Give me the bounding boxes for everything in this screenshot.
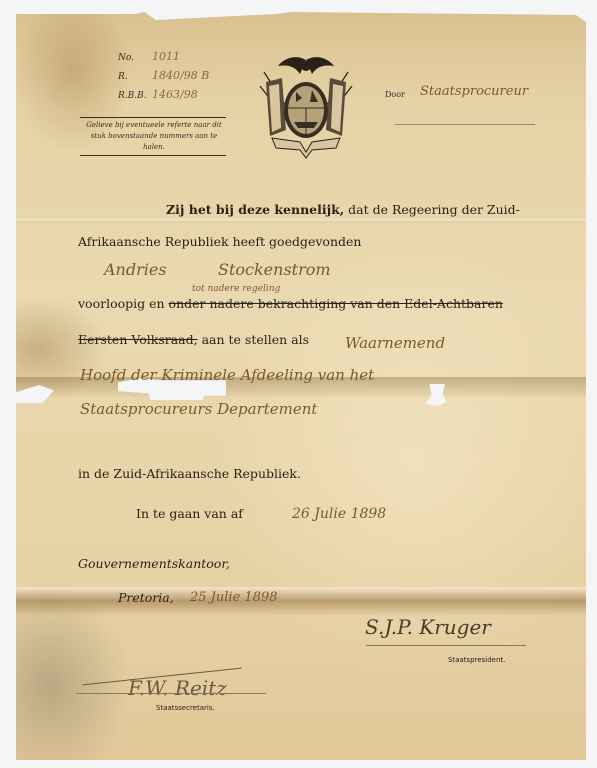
body-line-2: Afrikaansche Republiek heeft goedgevonde… xyxy=(78,234,361,249)
paper-fold xyxy=(16,587,586,615)
reference-note: Gelieve bij eventueele referte naar dit … xyxy=(84,120,224,153)
ref-r: R.1840/98 B xyxy=(118,67,209,86)
superscript-insert: tot nadere regeling xyxy=(192,284,280,294)
secretary-signature-line xyxy=(76,693,266,694)
secretary-title: Staatssecretaris. xyxy=(156,704,215,712)
position-line-3: Staatsprocureurs Departement xyxy=(80,400,317,418)
addressee-line xyxy=(395,124,535,125)
divider xyxy=(80,117,226,118)
position-line-2: Hoofd der Kriminele Afdeeling van het xyxy=(80,366,374,384)
position-line-1: Waarnemend xyxy=(345,334,445,352)
president-title: Staatspresident. xyxy=(448,656,505,664)
body-line-3: voorloopig en onder nadere bekrachtiging… xyxy=(78,296,503,311)
secretary-signature: F.W. Reitz xyxy=(128,676,227,700)
appointee-first-name: Andries xyxy=(104,260,167,279)
place-label: Pretoria, xyxy=(118,590,174,605)
coat-of-arms-icon xyxy=(256,52,356,160)
reference-numbers: No.1011 R.1840/98 B R.B.B.1463/98 xyxy=(118,48,209,105)
president-signature: S.J.P. Kruger xyxy=(365,615,491,639)
ref-no: No.1011 xyxy=(118,48,209,67)
body-line-4: Eersten Volksraad, aan te stellen als xyxy=(78,332,309,347)
body-line-republic: in de Zuid-Afrikaansche Republiek. xyxy=(78,466,301,481)
office-label: Gouvernementskantoor, xyxy=(78,556,230,571)
appointee-last-name: Stockenstrom xyxy=(218,260,331,279)
ref-rbb: R.B.B.1463/98 xyxy=(118,86,209,105)
addressee-label: Door xyxy=(385,90,405,99)
effective-label: In te gaan van af xyxy=(136,506,243,521)
body-line-1: Zij het bij deze kennelijk, dat de Regee… xyxy=(166,202,520,217)
effective-date: 26 Julie 1898 xyxy=(292,506,386,522)
president-signature-line xyxy=(366,645,526,646)
place-date: 25 Julie 1898 xyxy=(190,590,277,605)
addressee-value: Staatsprocureur xyxy=(420,84,528,99)
divider xyxy=(80,155,226,156)
paper-fold xyxy=(16,219,586,223)
